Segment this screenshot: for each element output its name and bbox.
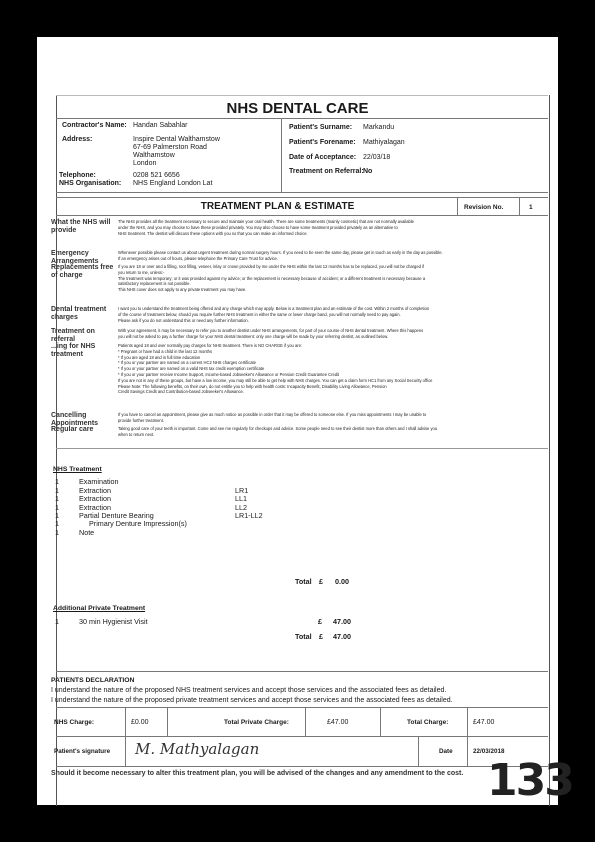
nhs-total-currency: £ — [319, 578, 323, 586]
section-text-line: NHS treatment. The dentist will discuss … — [118, 231, 546, 237]
private-charge-value: £47.00 — [327, 719, 348, 726]
form-title: NHS DENTAL CARE — [37, 100, 558, 117]
footer-note: Should it become necessary to alter this… — [51, 770, 463, 777]
handwritten-page-number: 133 — [487, 755, 573, 806]
declaration-heading: PATIENTS DECLARATION — [51, 677, 134, 684]
section-text-line: provide further treatment. — [118, 418, 546, 424]
private-item-desc: 30 min Hygienist Visit — [79, 618, 148, 626]
private-charge-label: Total Private Charge: — [224, 719, 289, 726]
private-total-value: 47.00 — [333, 633, 351, 641]
referral-value: No — [363, 168, 372, 175]
item-description: Primary Denture Impression(s) — [89, 520, 187, 528]
total-charge-value: £47.00 — [473, 719, 494, 726]
nhs-treatment-list: 1Examination1ExtractionLR11ExtractionLL1… — [53, 478, 473, 537]
private-total-currency: £ — [319, 633, 323, 641]
contractor-name-label: Contractor's Name: — [62, 122, 127, 129]
nhs-total-value: 0.00 — [335, 578, 349, 586]
declaration-private: I understand the nature of the proposed … — [51, 697, 453, 704]
plan-title: TREATMENT PLAN & ESTIMATE — [17, 201, 538, 212]
section-text: Whenever possible please contact us abou… — [118, 250, 546, 262]
patient-forename-label: Patient's Forename: — [289, 139, 356, 146]
referral-label: Treatment on Referral: — [289, 168, 364, 175]
section-text-line: Credit Savings Credit and Contribution-b… — [118, 389, 546, 395]
section-text: Taking good care of your teeth is import… — [118, 426, 546, 438]
nhs-total-label: Total — [295, 578, 312, 586]
section-heading: What the NHS will provide — [51, 219, 115, 235]
nhs-charge-value: £0.00 — [131, 719, 149, 726]
item-teeth: LR1-LL2 — [235, 512, 263, 520]
private-treatment-heading: Additional Private Treatment — [53, 605, 473, 613]
patient-surname: Markandu — [363, 124, 394, 131]
section-text-line: when to return next. — [118, 432, 546, 438]
section-text-line: If an emergency arises out of hours, ple… — [118, 256, 546, 262]
date-label: Date — [439, 748, 453, 755]
section-text: The NHS provides all the treatment neces… — [118, 219, 546, 236]
nhs-treatment-item: 1Primary Denture Impression(s) — [53, 520, 473, 528]
contractor-name: Handan Sabahlar — [133, 122, 188, 129]
address: Inspire Dental Walthamstow 67-69 Palmers… — [133, 136, 220, 168]
section-heading: Regular care — [51, 426, 115, 434]
signature-label: Patient's signature — [54, 748, 110, 755]
nhs-organisation: NHS England London Lat — [133, 180, 212, 187]
document-page: NHS DENTAL CARE Contractor's Name: Handa… — [37, 37, 558, 805]
address-label: Address: — [62, 136, 92, 143]
section-text: If you are 18 or over and a filling, roo… — [118, 264, 546, 293]
signature-date: 22/03/2018 — [473, 748, 505, 755]
nhs-treatment-item: 1ExtractionLL1 — [53, 495, 473, 503]
declaration-nhs: I understand the nature of the proposed … — [51, 687, 446, 694]
section-heading: Replacements free of charge — [51, 264, 115, 280]
patient-signature: M. Mathyalagan — [135, 740, 259, 758]
item-qty: 1 — [55, 529, 59, 537]
private-item-price: 47.00 — [333, 618, 351, 626]
section-text-line: you will not be asked to pay a further c… — [118, 334, 546, 340]
revision-number: 1 — [529, 204, 533, 211]
section-text: With your agreement, it may be necessary… — [118, 328, 546, 340]
section-heading: ...ing for NHS treatment — [51, 343, 115, 359]
telephone: 0208 521 6656 — [133, 172, 180, 179]
private-item-currency: £ — [318, 618, 322, 626]
acceptance-date-label: Date of Acceptance: — [289, 154, 356, 161]
item-description: Note — [79, 529, 94, 537]
section-text-line: This NHS cover does not apply to any pri… — [118, 287, 546, 293]
nhs-treatment-item: 1Examination — [53, 478, 473, 486]
private-total-label: Total — [295, 633, 312, 641]
revision-label: Revision No. — [464, 204, 503, 211]
private-item: 1 30 min Hygienist Visit £ 47.00 — [53, 618, 473, 626]
patient-forename: Mathiyalagan — [363, 139, 405, 146]
section-heading: Treatment on referral — [51, 328, 115, 344]
section-text: I want you to understand the treatment b… — [118, 306, 546, 323]
nhs-treatment-section: NHS Treatment 1Examination1ExtractionLR1… — [53, 466, 473, 537]
nhs-treatment-item: 1ExtractionLR1 — [53, 487, 473, 495]
telephone-label: Telephone: — [59, 172, 96, 179]
section-heading: Dental treatment charges — [51, 306, 115, 322]
acceptance-date: 22/03/18 — [363, 154, 390, 161]
nhs-treatment-item: 1Note — [53, 529, 473, 537]
section-text-line: Please ask if you do not understand this… — [118, 318, 546, 324]
total-charge-label: Total Charge: — [407, 719, 448, 726]
nhs-organisation-label: NHS Organisation: — [59, 180, 121, 187]
section-text: If you have to cancel an appointment, pl… — [118, 412, 546, 424]
private-item-qty: 1 — [55, 618, 59, 626]
section-text: Patients aged 18 and over normally pay c… — [118, 343, 546, 395]
nhs-charge-label: NHS Charge: — [54, 719, 94, 726]
patient-surname-label: Patient's Surname: — [289, 124, 352, 131]
private-treatment-section: Additional Private Treatment 1 30 min Hy… — [53, 605, 473, 627]
nhs-treatment-heading: NHS Treatment — [53, 466, 473, 474]
